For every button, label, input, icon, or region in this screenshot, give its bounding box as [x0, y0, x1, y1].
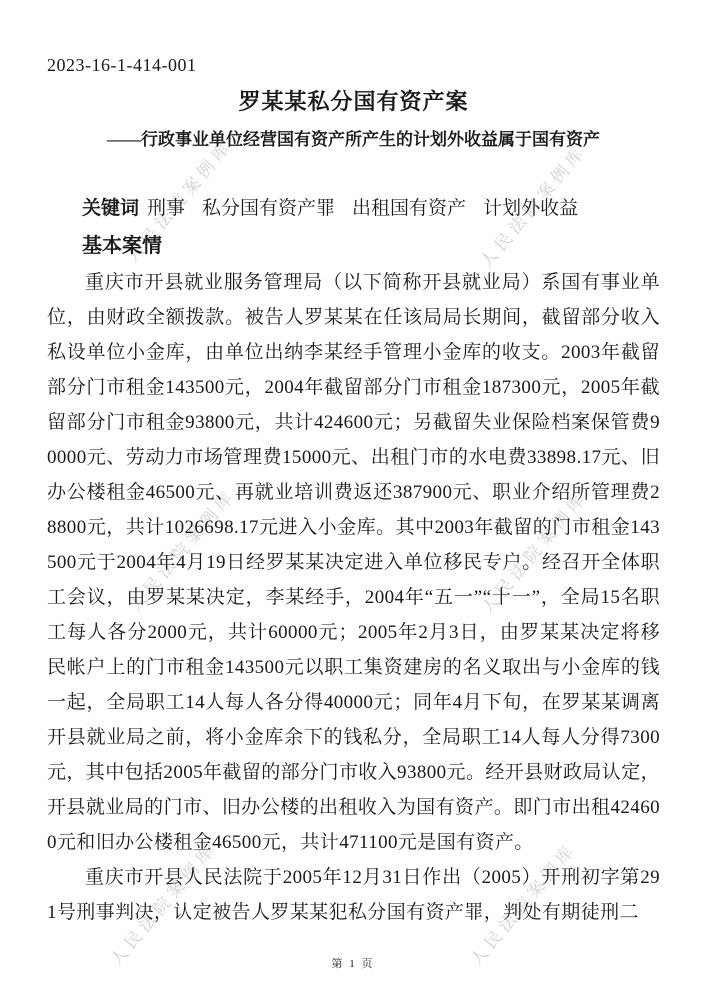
page-number: 第 1 页	[0, 955, 706, 971]
keywords-label: 关键词	[82, 198, 139, 219]
section-heading-basic-facts: 基本案情	[47, 233, 660, 259]
document-page: 人民法院案例库 人民法院案例库 人民法院案例库 人民法院案例库 人民法院案例库 …	[0, 0, 706, 999]
case-title: 罗某某私分国有资产案	[47, 87, 660, 117]
keyword-item: 刑事	[147, 198, 185, 219]
paragraph-case-facts-2: 重庆市开县人民法院于2005年12月31日作出（2005）开刑初字第291号刑事…	[47, 860, 660, 930]
case-subtitle: ——行政事业单位经营国有资产所产生的计划外收益属于国有资产	[47, 129, 660, 151]
paragraph-case-facts-1: 重庆市开县就业服务管理局（以下简称开县就业局）系国有事业单位，由财政全额拨款。被…	[47, 265, 660, 860]
keywords-line: 关键词刑事私分国有资产罪出租国有资产计划外收益	[47, 197, 660, 221]
keyword-item: 计划外收益	[483, 198, 578, 219]
document-content: 2023-16-1-414-001 罗某某私分国有资产案 ——行政事业单位经营国…	[47, 53, 660, 930]
keyword-item: 出租国有资产	[352, 198, 466, 219]
keyword-item: 私分国有资产罪	[202, 198, 335, 219]
case-number: 2023-16-1-414-001	[47, 53, 660, 77]
